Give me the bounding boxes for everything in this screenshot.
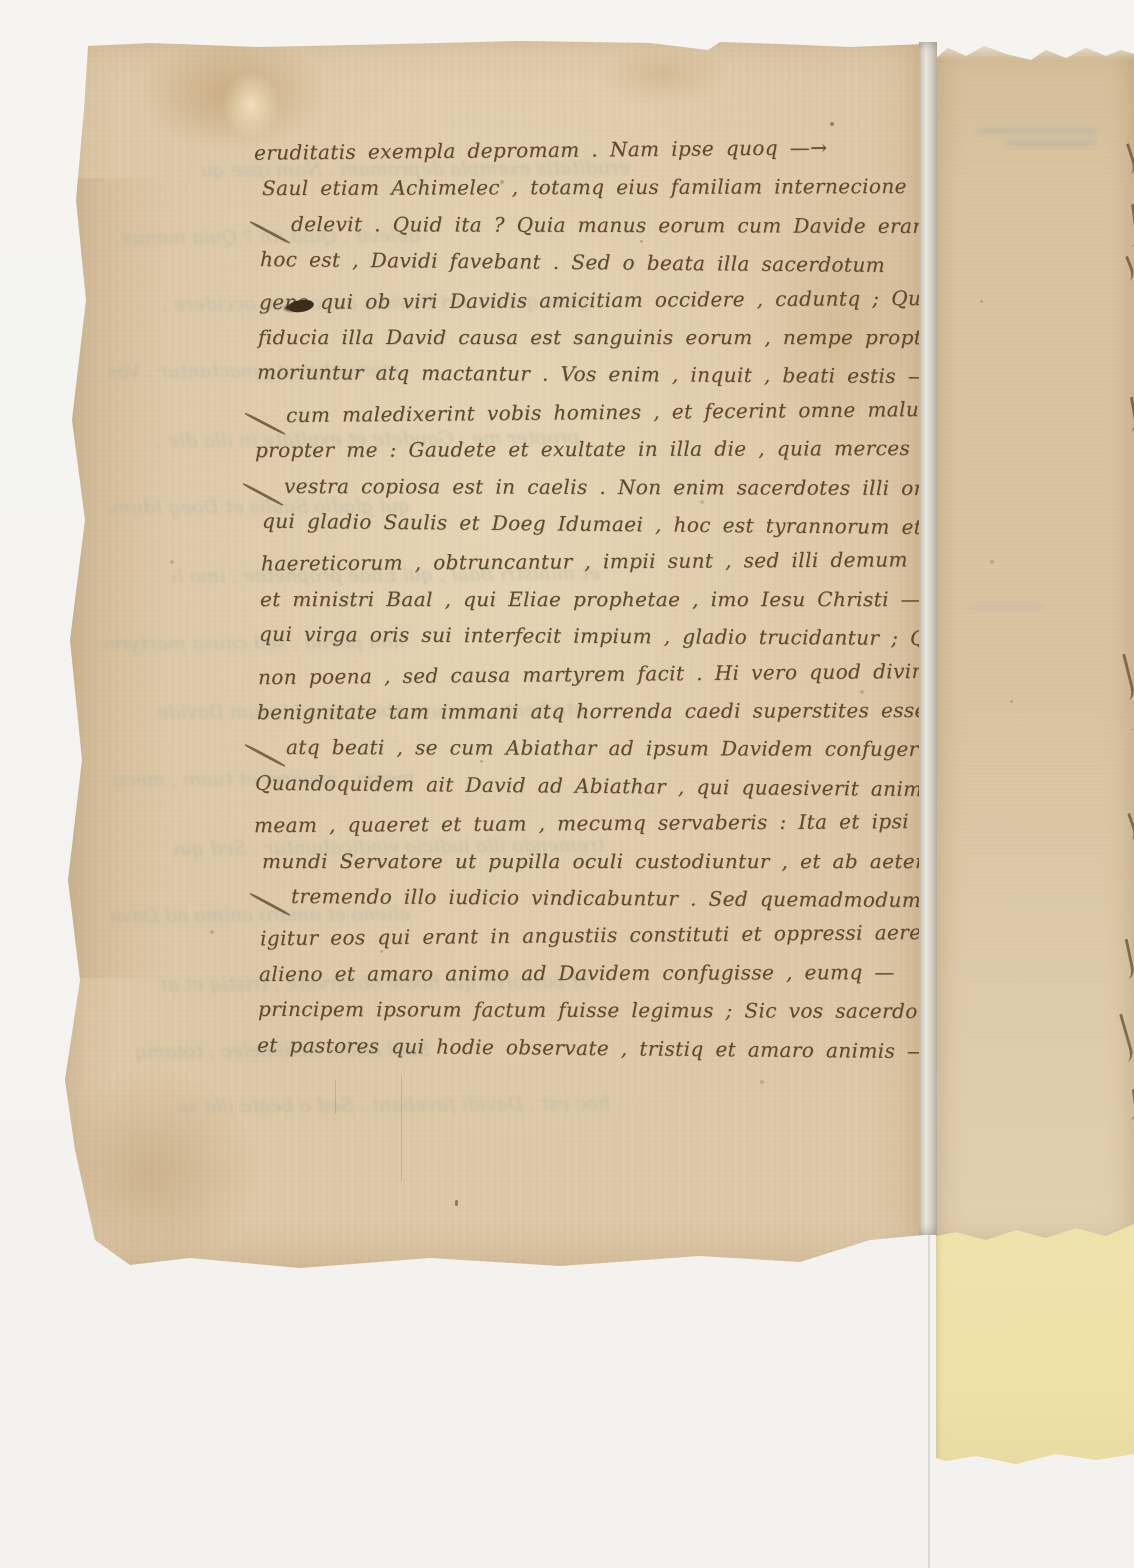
- handwriting-block: eruditatis exempla depromam . Nam ipse q…: [258, 136, 908, 1116]
- ink-stroke-fragment: [1113, 143, 1134, 177]
- manuscript-line: qui virga oris sui interfecit impium , g…: [259, 620, 959, 652]
- manuscript-line-text: propter me : Gaudete et exultate in illa…: [255, 436, 942, 462]
- foxing-speck: [210, 930, 214, 934]
- ink-stroke-fragment: [1117, 204, 1134, 248]
- manuscript-line: atq beati , se cum Abiathar ad ipsum Dav…: [256, 733, 972, 763]
- manuscript-line-text: vestra copiosa est in caelis . Non enim …: [284, 474, 969, 500]
- manuscript-line-text: principem ipsorum factum fuisse legimus …: [258, 997, 949, 1023]
- manuscript-scan: eruditatis exempla depromam . Nam ipse q…: [0, 0, 1134, 1568]
- pen-flourish-stroke: [244, 412, 286, 436]
- foxing-speck: [1010, 700, 1013, 703]
- manuscript-line-text: qui gladio Saulis et Doeg Idumaei , hoc …: [262, 509, 955, 540]
- torn-top-edge: [936, 44, 1134, 60]
- insert-sheet: [936, 1212, 1134, 1464]
- manuscript-line-text: non poena , sed causa martyrem facit . H…: [258, 658, 937, 688]
- foxing-speck: [990, 560, 994, 564]
- manuscript-line-text: tremendo illo iudicio vindicabuntur . Se…: [291, 884, 953, 912]
- manuscript-line-text: et ministri Baal , qui Eliae prophetae ,…: [260, 587, 921, 611]
- ink-stroke-fragment: [1112, 256, 1134, 285]
- manuscript-line: benignitate tam immani atq horrenda caed…: [257, 696, 998, 726]
- ink-stroke-fragment: [1114, 813, 1134, 843]
- pen-flourish-stroke: [244, 744, 286, 768]
- manuscript-line-text: moriuntur atq mactantur . Vos enim , inq…: [257, 360, 928, 388]
- manuscript-line-text: Quandoquidem ait David ad Abiathar , qui…: [255, 771, 955, 802]
- manuscript-line-text: qui virga oris sui interfecit impium , g…: [259, 622, 959, 650]
- manuscript-line-text: gens qui ob viri Davidis amicitiam occid…: [259, 285, 940, 313]
- manuscript-line: delevit . Quid ita ? Quia manus eorum cu…: [261, 210, 953, 240]
- ink-stroke-fragment: [1111, 939, 1134, 982]
- showthrough-smudge: [977, 128, 1097, 134]
- manuscript-line-text: hoc est , Davidi favebant . Sed o beata …: [260, 247, 885, 277]
- manuscript-line-text: Saul etiam Achimelec , totamq eius famil…: [262, 174, 939, 200]
- manuscript-line: moriuntur atq mactantur . Vos enim , inq…: [257, 358, 928, 390]
- manuscript-line-text: alieno et amaro animo ad Davidem confugi…: [259, 960, 895, 986]
- foxing-speck: [980, 300, 983, 303]
- pen-flourish-stroke: [249, 892, 291, 916]
- manuscript-line: qui gladio Saulis et Doeg Idumaei , hoc …: [262, 507, 955, 542]
- paper-stain: [140, 36, 330, 151]
- paper-stain: [600, 44, 730, 106]
- manuscript-line: mundi Servatore ut pupilla oculi custodi…: [262, 847, 1005, 875]
- foxing-speck: [170, 560, 174, 564]
- manuscript-line-text: mundi Servatore ut pupilla oculi custodi…: [262, 849, 1005, 873]
- manuscript-line-text: meam , quaeret et tuam , mecumq servaber…: [254, 809, 965, 837]
- manuscript-line: eruditatis exempla depromam . Nam ipse q…: [254, 133, 828, 166]
- backing-sheet-seam: [928, 1232, 930, 1568]
- manuscript-line-text: haereticorum , obtruncantur , impii sunt…: [261, 547, 1034, 576]
- manuscript-line: alieno et amaro animo ad Davidem confugi…: [259, 958, 895, 988]
- manuscript-line-text: atq beati , se cum Abiathar ad ipsum Dav…: [286, 735, 972, 761]
- pen-flourish-stroke: [249, 220, 291, 244]
- binding-hinge-strip: [919, 42, 937, 1235]
- manuscript-line: meam , quaeret et tuam , mecumq servaber…: [254, 807, 965, 839]
- ink-dot: [830, 122, 834, 126]
- manuscript-line: et ministri Baal , qui Eliae prophetae ,…: [260, 585, 921, 613]
- manuscript-line-text: cum maledixerint vobis homines , et fece…: [286, 396, 971, 426]
- manuscript-line: et pastores qui hodie observate , tristi…: [257, 1030, 928, 1064]
- paper-stain: [220, 68, 282, 142]
- manuscript-line-text: igitur eos qui erant in angustiis consti…: [260, 920, 954, 951]
- manuscript-page: eruditatis exempla depromam . Nam ipse q…: [60, 28, 924, 1274]
- adjacent-leaf: [936, 44, 1134, 1244]
- manuscript-line: hoc est , Davidi favebant . Sed o beata …: [260, 245, 885, 279]
- manuscript-line: principem ipsorum factum fuisse legimus …: [258, 995, 949, 1025]
- manuscript-line: non poena , sed causa martyrem facit . H…: [258, 656, 937, 690]
- manuscript-line: Quandoquidem ait David ad Abiathar , qui…: [255, 769, 955, 804]
- manuscript-line-text: benignitate tam immani atq horrenda caed…: [257, 698, 998, 724]
- manuscript-line: gens qui ob viri Davidis amicitiam occid…: [259, 283, 941, 315]
- showthrough-smudge: [1006, 140, 1096, 146]
- manuscript-line: vestra copiosa est in caelis . Non enim …: [254, 471, 969, 501]
- manuscript-line-text: delevit . Quid ita ? Quia manus eorum cu…: [291, 212, 953, 238]
- ink-stroke-fragment: [1118, 1089, 1134, 1121]
- manuscript-line: tremendo illo iudicio vindicabuntur . Se…: [261, 882, 953, 914]
- ink-speck: [455, 1200, 458, 1206]
- manuscript-line: cum maledixerint vobis homines , et fece…: [256, 394, 971, 429]
- ink-stroke-fragment: [1109, 654, 1134, 703]
- paper-stain: [40, 1068, 260, 1278]
- manuscript-line: igitur eos qui erant in angustiis consti…: [260, 918, 954, 953]
- manuscript-line: Saul etiam Achimelec , totamq eius famil…: [262, 172, 939, 202]
- paper-stain: [30, 178, 170, 978]
- ink-stroke-fragment: [1106, 1014, 1134, 1065]
- ink-stroke-fragment: [1116, 397, 1134, 433]
- manuscript-line-text: et pastores qui hodie observate , tristi…: [257, 1032, 928, 1062]
- showthrough-smudge: [966, 604, 1046, 610]
- ink-stroke-fragment: [1121, 699, 1134, 730]
- manuscript-line: propter me : Gaudete et exultate in illa…: [255, 434, 942, 464]
- manuscript-line-text: eruditatis exempla depromam . Nam ipse q…: [254, 135, 828, 164]
- pen-flourish-stroke: [242, 482, 284, 506]
- manuscript-line: haereticorum , obtruncantur , impii sunt…: [261, 545, 1034, 578]
